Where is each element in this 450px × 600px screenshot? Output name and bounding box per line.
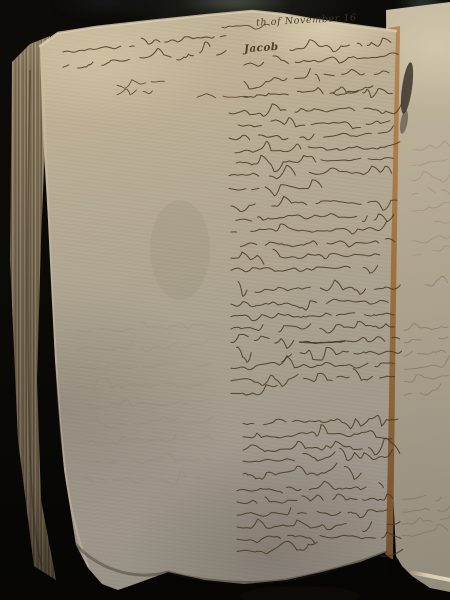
body-paragraph-5-line xyxy=(237,541,317,553)
body-paragraph-5-line xyxy=(237,519,400,531)
margin-note-top-left-line xyxy=(63,42,226,68)
body-paragraph-4-line xyxy=(243,438,400,454)
body-paragraph-5 xyxy=(237,481,401,553)
main-page-showthrough xyxy=(78,322,218,485)
side-word xyxy=(197,94,248,98)
next-page-bottom-lines-line xyxy=(402,512,450,525)
manuscript-photo: th of November 16 Jacob xyxy=(0,0,450,600)
body-paragraph-1-line xyxy=(235,142,400,153)
next-page-bottom-lines-line xyxy=(402,493,447,501)
body-paragraph-2-line xyxy=(241,239,395,248)
body-paragraph-3-line xyxy=(231,369,395,387)
body-paragraph-2-line xyxy=(231,221,387,234)
next-page-bottom-lines-line xyxy=(402,506,450,512)
body-paragraph-1 xyxy=(229,101,403,196)
body-paragraph-1-line xyxy=(229,126,393,140)
body-paragraph-2-line xyxy=(231,196,397,211)
body-paragraph-5-line xyxy=(237,481,389,493)
side-word-line xyxy=(197,94,248,98)
main-page-showthrough-line xyxy=(93,416,213,428)
closing-flourish-line xyxy=(381,549,403,556)
main-page-showthrough-line xyxy=(87,399,208,408)
deponent-name: Jacob xyxy=(244,41,279,55)
margin-note-top-left-line xyxy=(63,36,226,53)
main-page-showthrough-line xyxy=(78,363,215,368)
handwriting-layer xyxy=(0,0,450,600)
body-paragraph-5-line xyxy=(237,532,401,543)
main-page-showthrough-line xyxy=(78,339,208,351)
next-page-showthrough-top xyxy=(412,141,450,255)
body-paragraph-3-line xyxy=(231,321,395,333)
body-paragraph-1-line xyxy=(238,118,390,129)
body-paragraph-2-line xyxy=(236,214,394,222)
main-page-showthrough-line xyxy=(78,432,214,444)
body-paragraph-3-line xyxy=(231,299,395,310)
body-paragraph-5-line xyxy=(237,494,393,503)
main-page-showthrough-line xyxy=(78,322,214,332)
body-paragraph-3-line xyxy=(238,280,400,296)
next-page-showthrough-top-line xyxy=(412,246,450,255)
next-page-note-word xyxy=(425,276,447,286)
next-page-showthrough-top-line xyxy=(412,188,450,195)
intro-paragraph-line xyxy=(244,63,393,89)
main-page-showthrough-line xyxy=(78,453,218,464)
next-page-showthrough-top-line xyxy=(412,141,449,150)
intro-paragraph-line xyxy=(244,53,398,66)
body-paragraph-4 xyxy=(243,415,400,479)
margin-note-small-line xyxy=(117,89,152,95)
main-page-showthrough-line xyxy=(83,471,217,486)
next-page-showthrough-top-line xyxy=(412,171,450,182)
body-paragraph-2-line xyxy=(231,249,392,264)
next-page-showthrough-top-line xyxy=(412,159,447,165)
body-paragraph-3-line xyxy=(231,313,394,321)
next-page-showthrough-top-line xyxy=(412,236,450,243)
body-paragraph-2-line xyxy=(231,266,378,274)
margin-note-top-left xyxy=(63,36,226,68)
closing-flourish xyxy=(381,549,403,556)
next-page-note-word-line xyxy=(425,276,447,286)
main-page-showthrough-line xyxy=(78,378,212,388)
next-page-note-block-line xyxy=(404,323,448,330)
next-page-showthrough-top-line xyxy=(412,202,450,210)
next-page-note-block-line xyxy=(404,337,448,343)
body-paragraph-3-line xyxy=(231,385,281,395)
next-page-bottom-lines xyxy=(402,493,450,536)
intro-paragraph-line xyxy=(290,38,391,51)
body-paragraph-4-line xyxy=(243,463,361,479)
body-paragraph-1-line xyxy=(229,101,403,116)
body-paragraph-1-line xyxy=(229,165,392,179)
body-paragraph-4-line xyxy=(243,425,392,439)
margin-note-small-line xyxy=(117,80,165,89)
body-paragraph-3-line xyxy=(231,334,400,348)
body-paragraph-2 xyxy=(231,196,397,273)
body-paragraph-3-line xyxy=(236,347,401,362)
next-page-note-block-line xyxy=(404,383,449,395)
next-page-note-block xyxy=(404,323,449,395)
next-page-note-block-line xyxy=(404,356,449,369)
body-paragraph-1-line xyxy=(229,180,322,196)
next-page-note-block-line xyxy=(404,350,446,356)
next-page-showthrough-top-line xyxy=(435,221,450,223)
margin-note-small xyxy=(117,80,165,95)
body-paragraph-5-line xyxy=(237,507,387,517)
body-paragraph-3 xyxy=(231,280,402,395)
next-page-note-block-line xyxy=(404,375,448,382)
next-page-bottom-lines-line xyxy=(402,524,448,536)
intro-paragraph-line xyxy=(244,86,373,97)
